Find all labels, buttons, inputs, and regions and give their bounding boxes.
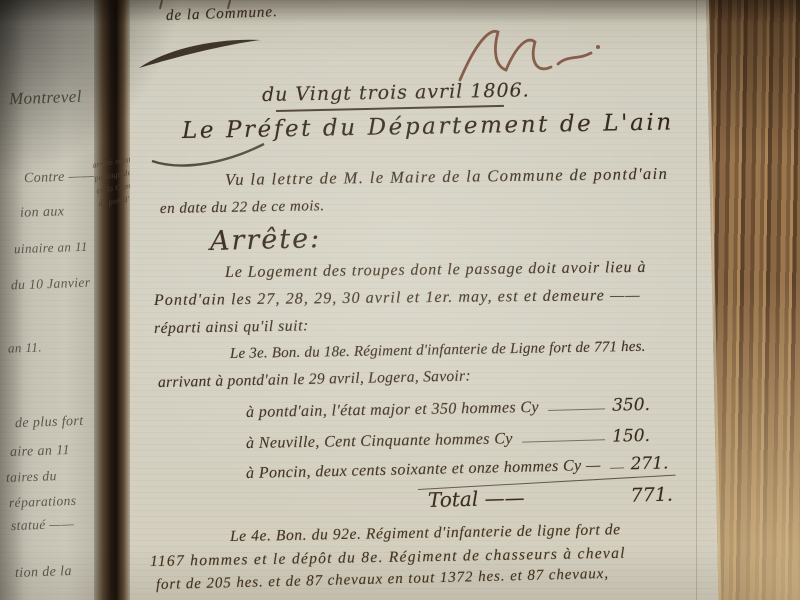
ink-flourish: [136, 36, 266, 72]
allocation-place: à Neuville, Cent Cinquante hommes Cy: [246, 430, 513, 453]
dash-leader: [610, 467, 624, 468]
allocation-count: 150.: [612, 426, 650, 447]
previous-entry-ending: de la Commune.: [166, 4, 278, 25]
total-value: 771.: [630, 484, 673, 507]
en-date-line: en date du 22 de ce mois.: [160, 198, 325, 218]
allocation-place: à pontd'ain, l'état major et 350 hommes …: [246, 399, 539, 422]
left-page-text-fragment: Contre ——: [23, 169, 94, 187]
total-label: Total ——: [428, 485, 525, 512]
second-battalion-line: fort de 205 hes. et de 87 chevaux en tou…: [156, 566, 609, 594]
dash-leader: [522, 439, 605, 442]
faint-margin-rule: [696, 0, 697, 600]
left-page: Montrevel Contre —— ion aux uinaire an 1…: [0, 0, 94, 600]
allocation-row: à Poncin, deux cents soixante et onze ho…: [246, 450, 650, 483]
book-fore-edge: [706, 0, 800, 600]
allocation-place: à Poncin, deux cents soixante et onze ho…: [246, 457, 601, 483]
left-page-text-fragment: uinaire an 11: [14, 239, 88, 258]
signature-paraph: [448, 22, 648, 94]
left-page-text-fragment: de plus fort: [15, 414, 84, 432]
vu-lettre-line: Vu la lettre de M. le Maire de la Commun…: [225, 164, 669, 190]
arrete-heading: Arrête:: [210, 223, 322, 257]
left-page-text-fragment: aire an 11: [10, 443, 71, 461]
initial-letter-swash: [148, 140, 268, 170]
left-page-text-fragment: du 10 Janvier: [10, 275, 90, 294]
left-page-text-fragment: an 11.: [8, 339, 42, 356]
second-battalion-line: Le 4e. Bon. du 92e. Régiment d'infanteri…: [230, 521, 621, 546]
manuscript-register-photo: Montrevel Contre —— ion aux uinaire an 1…: [0, 0, 800, 600]
dash-leader: [548, 408, 605, 411]
cut-off-ink-stroke: [159, 0, 163, 9]
binding-gutter-shadow: [94, 0, 134, 600]
decree-line: Pontd'ain les 27, 28, 29, 30 avril et 1e…: [154, 287, 641, 310]
left-page-text-fragment: Montrevel: [9, 87, 82, 110]
battalion-line: Le 3e. Bon. du 18e. Régiment d'infanteri…: [230, 339, 646, 363]
battalion-line: arrivant à pontd'ain le 29 avril, Logera…: [158, 367, 471, 392]
left-page-text-fragment: réparations: [8, 493, 76, 511]
decree-line: réparti ainsi qu'il suit:: [154, 317, 309, 338]
total-row: Total —— 771.: [428, 482, 674, 512]
decree-line: Le Logement des troupes dont le passage …: [225, 259, 647, 282]
allocation-count: 350.: [612, 395, 650, 416]
date-underline-stroke: [276, 105, 504, 112]
left-page-text-fragment: ion aux: [19, 204, 64, 222]
left-page-text-fragment: taires du: [6, 468, 57, 486]
left-page-text-fragment: statué ——: [11, 516, 75, 534]
left-page-text-fragment: tion de la: [15, 564, 72, 582]
prefect-title-line: Le Préfet du Département de L'ain: [182, 109, 674, 144]
allocation-count: 271.: [630, 453, 668, 474]
allocation-row: à pontd'ain, l'état major et 350 hommes …: [246, 391, 650, 422]
allocation-row: à Neuville, Cent Cinquante hommes Cy 150…: [246, 422, 650, 453]
